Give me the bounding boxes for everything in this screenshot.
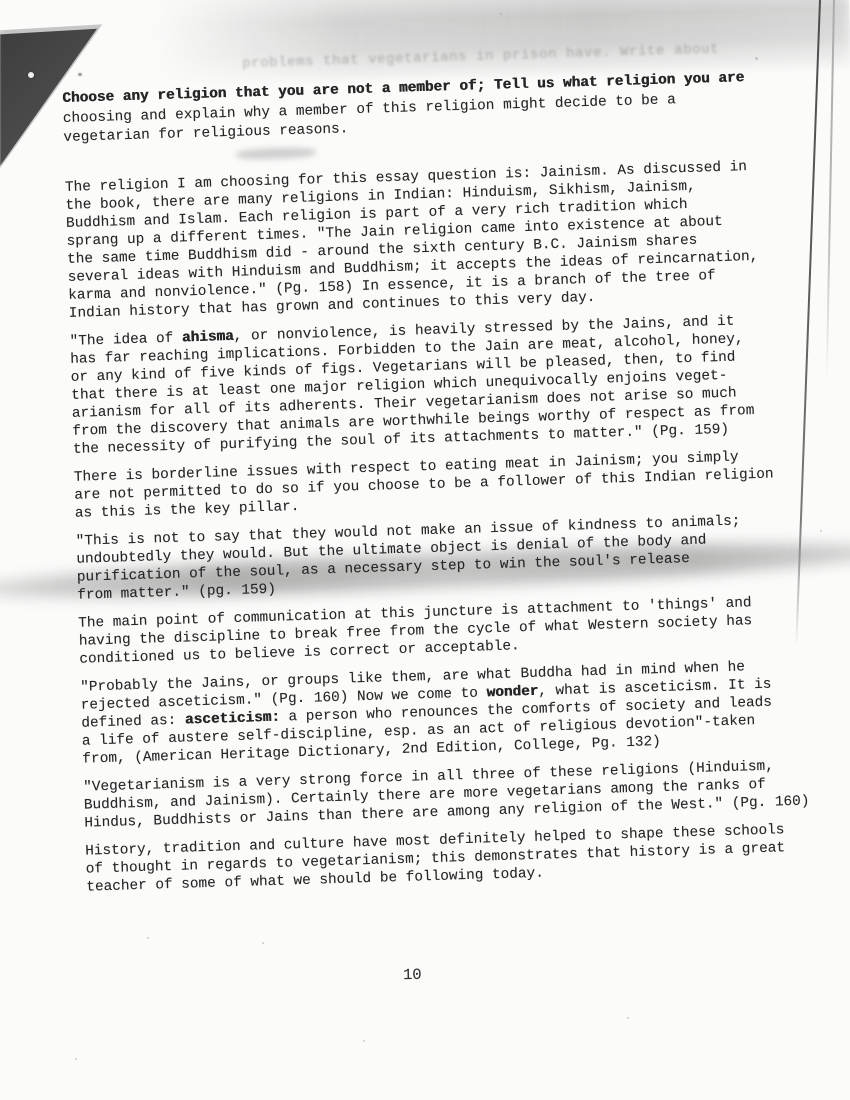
paragraph-jainism-intro: The religion I am choosing for this essa…	[65, 156, 814, 323]
paragraph-conclusion: History, tradition and culture have most…	[85, 819, 831, 896]
paragraph-asceticism: "Probably the Jains, or groups like them…	[80, 655, 827, 768]
scanned-essay-page: problems that vegetarians in prison have…	[0, 0, 850, 1100]
dust-speck	[500, 13, 502, 15]
dust-speck	[78, 73, 82, 76]
paragraph-ahimsa-quote: "The idea of ahisma, or nonviolence, is …	[69, 310, 818, 459]
dust-speck	[75, 1058, 77, 1060]
dust-speck	[147, 937, 149, 939]
page-number: 10	[403, 966, 422, 984]
dust-speck	[755, 57, 758, 60]
paragraph-soul-release-quote: "This is not to say that they would not …	[76, 510, 823, 605]
essay-text: Choose any religion that you are not a m…	[62, 67, 832, 906]
scan-corner-hole-speck	[28, 72, 34, 78]
dust-speck	[262, 942, 264, 944]
paragraph-borderline-issues: There is borderline issues with respect …	[74, 446, 820, 523]
paragraph-main-point: The main point of communication at this …	[78, 592, 824, 669]
paragraph-vegetarianism-force: "Vegetarianism is a very strong force in…	[83, 755, 829, 832]
dust-speck	[627, 1017, 629, 1019]
dust-speck	[363, 1040, 365, 1042]
